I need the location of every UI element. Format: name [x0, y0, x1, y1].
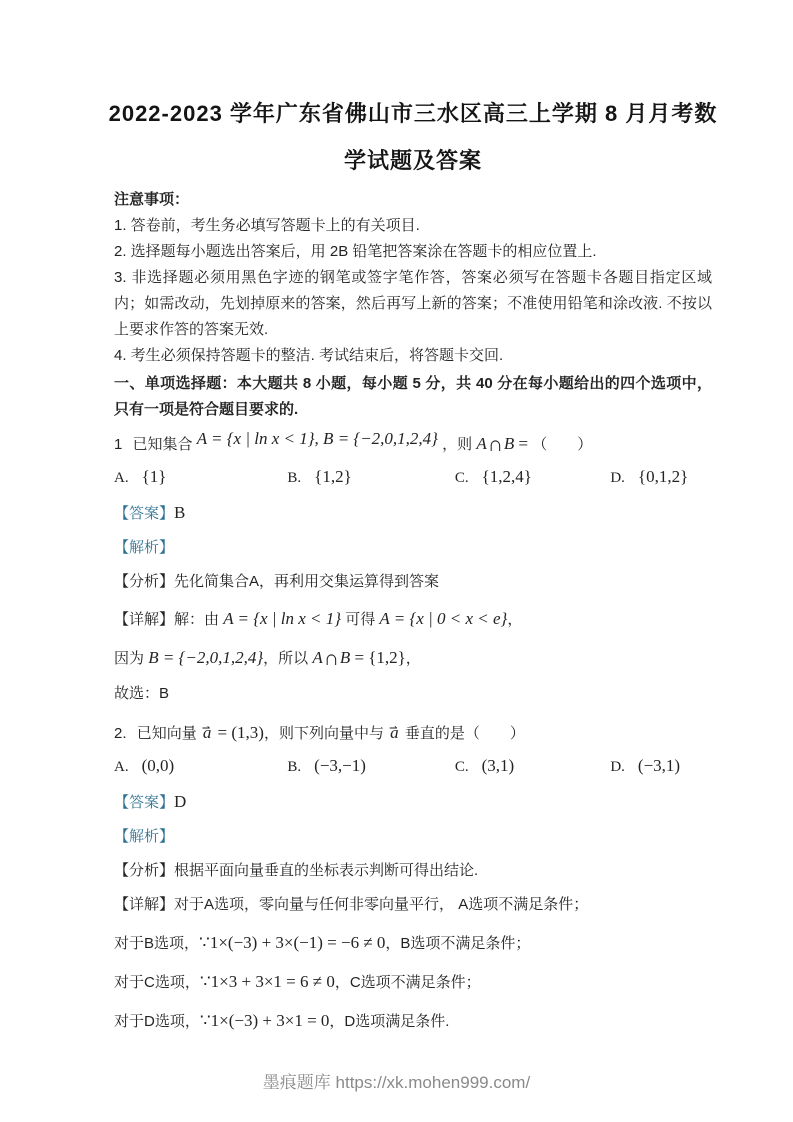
q1-option-c: C.{1,2,4}	[455, 464, 610, 491]
q2-mid-text: ，则下列向量中与	[264, 725, 384, 742]
q1-mid-text: ，则	[442, 436, 472, 453]
fenxi-tag: 【分析】	[114, 573, 174, 590]
option-label: D.	[610, 470, 625, 486]
q1-stem: 1 已知集合 A = {x | ln x < 1}, B = {−2,0,1,2…	[114, 429, 712, 460]
q2-answer-value: D	[174, 792, 186, 811]
vector-a: a	[388, 723, 401, 742]
q2-line-d-post: ，D选项满足条件.	[329, 1013, 449, 1030]
option-value: (0,0)	[142, 756, 175, 775]
q2-option-d: D.(−3,1)	[610, 753, 712, 780]
vector-a: a	[201, 723, 214, 742]
q1-option-d: D.{0,1,2}	[610, 464, 712, 491]
option-value: (−3,1)	[638, 756, 680, 775]
notice-item-3: 3. 非选择题必须用黑色字迹的钢笔或签字笔作答，答案必须写在答题卡各题目指定区域…	[114, 265, 712, 343]
q2-detail-line-a: 【详解】对于A选项，零向量与任何非零向量平行， A选项不满足条件；	[114, 895, 712, 915]
option-label: C.	[455, 470, 469, 486]
q1-d1-pre: 解：由	[174, 611, 219, 628]
q1-number: 1	[114, 436, 122, 453]
q1-fenxi-line: 【分析】先化简集合A，再利用交集运算得到答案	[114, 572, 712, 592]
notice-item-4: 4. 考生必须保持答题卡的整洁. 考试结束后，将答题卡交回.	[114, 343, 712, 369]
q1-d2-end: ，	[406, 650, 421, 667]
q1-answer-value: B	[174, 503, 185, 522]
answer-tag: 【答案】	[114, 505, 174, 522]
q2-stem: 2. 已知向量 a = (1,3)，则下列向量中与 a 垂直的是（ ）	[114, 718, 712, 749]
option-label: B.	[287, 759, 301, 775]
q2-detail-line-d: 对于D选项，∵1×(−3) + 3×1 = 0，D选项满足条件.	[114, 1008, 712, 1035]
q1-d2-formula: B = {−2,0,1,2,4}	[148, 648, 263, 667]
q1-d1-end: ，	[507, 611, 522, 628]
jiexi-tag: 【解析】	[114, 539, 174, 556]
option-value: {1}	[142, 467, 167, 486]
option-label: A.	[114, 759, 129, 775]
option-value: {1,2}	[314, 467, 352, 486]
q1-d2-var-a: A	[312, 648, 322, 667]
q2-line-c-post: ，C选项不满足条件；	[335, 974, 481, 991]
detail-tag: 【详解】	[114, 611, 174, 628]
q1-equals: =	[518, 434, 528, 453]
q1-options-row: A.{1} B.{1,2} C.{1,2,4} D.{0,1,2}	[114, 464, 712, 491]
option-value: {1,2,4}	[482, 467, 532, 486]
jiexi-tag: 【解析】	[114, 828, 174, 845]
intersection-symbol: ∩	[487, 432, 504, 456]
option-label: A.	[114, 470, 129, 486]
q2-line-b-post: ，B选项不满足条件；	[385, 935, 530, 952]
q2-lead-text: 已知向量	[137, 725, 197, 742]
q1-detail-line-1: 【详解】解：由 A = {x | ln x < 1} 可得 A = {x | 0…	[114, 606, 712, 633]
q1-option-a: A.{1}	[114, 464, 287, 491]
option-label: C.	[455, 759, 469, 775]
q2-jiexi-line: 【解析】	[114, 827, 712, 847]
option-label: D.	[610, 759, 625, 775]
q2-tail-text: 垂直的是（ ）	[405, 725, 525, 742]
q1-answer-blank: （ ）	[532, 436, 592, 453]
q2-fenxi-line: 【分析】根据平面向量垂直的坐标表示判断可得出结论.	[114, 861, 712, 881]
q2-fenxi-text: 根据平面向量垂直的坐标表示判断可得出结论.	[174, 862, 478, 879]
detail-tag: 【详解】	[114, 896, 174, 913]
q2-line-d-pre: 对于D选项，	[114, 1013, 200, 1030]
option-value: {0,1,2}	[638, 467, 688, 486]
section-heading: 一、单项选择题：本大题共 8 小题，每小题 5 分，共 40 分在每小题给出的四…	[114, 371, 712, 423]
q1-d1-formula-2: A = {x | 0 < x < e}	[379, 609, 507, 628]
q2-answer-line: 【答案】D	[114, 792, 712, 813]
fenxi-tag: 【分析】	[114, 862, 174, 879]
q1-fenxi-text: 先化简集合A，再利用交集运算得到答案	[174, 573, 439, 590]
q2-option-a: A.(0,0)	[114, 753, 287, 780]
q2-option-c: C.(3,1)	[455, 753, 610, 780]
title-line-2: 学试题及答案	[96, 137, 730, 184]
document-content: 2022-2023 学年广东省佛山市三水区高三上学期 8 月月考数 学试题及答案…	[0, 0, 793, 1035]
q1-conclusion: 故选：B	[114, 684, 712, 704]
q2-line-b-math: ∵1×(−3) + 3×(−1) = −6 ≠ 0	[199, 933, 385, 952]
q2-line-b-pre: 对于B选项，	[114, 935, 199, 952]
q1-d2-var-b: B	[340, 648, 350, 667]
q1-jiexi-line: 【解析】	[114, 538, 712, 558]
q1-var-a: A	[476, 434, 486, 453]
q2-line-d-math: ∵1×(−3) + 3×1 = 0	[200, 1011, 330, 1030]
q2-options-row: A.(0,0) B.(−3,−1) C.(3,1) D.(−3,1)	[114, 753, 712, 780]
q1-d1-mid: 可得	[345, 611, 375, 628]
q2-line-a-text: 对于A选项，零向量与任何非零向量平行， A选项不满足条件；	[174, 896, 588, 913]
q1-detail-line-2: 因为 B = {−2,0,1,2,4}，所以 A∩B = {1,2}，	[114, 645, 712, 672]
q1-set-formula: A = {x | ln x < 1}, B = {−2,0,1,2,4}	[197, 429, 438, 448]
q1-d2-equals: =	[354, 648, 364, 667]
q2-line-c-pre: 对于C选项，	[114, 974, 200, 991]
question-2: 2. 已知向量 a = (1,3)，则下列向量中与 a 垂直的是（ ） A.(0…	[114, 718, 712, 1035]
q2-line-c-math: ∵1×3 + 3×1 = 6 ≠ 0	[200, 972, 335, 991]
page-title: 2022-2023 学年广东省佛山市三水区高三上学期 8 月月考数 学试题及答案	[96, 90, 730, 184]
exam-document: 2022-2023 学年广东省佛山市三水区高三上学期 8 月月考数 学试题及答案…	[0, 0, 793, 1122]
q1-lead-text: 已知集合	[133, 436, 193, 453]
q1-d2-result-set: {1,2}	[368, 648, 406, 667]
q2-detail-line-b: 对于B选项，∵1×(−3) + 3×(−1) = −6 ≠ 0，B选项不满足条件…	[114, 930, 712, 957]
option-value: (−3,−1)	[314, 756, 366, 775]
q2-detail-line-c: 对于C选项，∵1×3 + 3×1 = 6 ≠ 0，C选项不满足条件；	[114, 969, 712, 996]
notice-heading: 注意事项：	[114, 187, 712, 213]
q2-number: 2.	[114, 725, 127, 742]
option-value: (3,1)	[482, 756, 515, 775]
option-label: B.	[287, 470, 301, 486]
q2-vector-value: = (1,3)	[218, 723, 264, 742]
q1-answer-line: 【答案】B	[114, 503, 712, 524]
answer-tag: 【答案】	[114, 794, 174, 811]
q1-d1-formula-1: A = {x | ln x < 1}	[223, 609, 341, 628]
footer-text: 墨痕题库 https://xk.mohen999.com/	[263, 1073, 530, 1092]
q2-option-b: B.(−3,−1)	[287, 753, 454, 780]
question-1: 1 已知集合 A = {x | ln x < 1}, B = {−2,0,1,2…	[114, 429, 712, 704]
notice-item-2: 2. 选择题每小题选出答案后，用 2B 铅笔把答案涂在答题卡的相应位置上.	[114, 239, 712, 265]
q1-option-b: B.{1,2}	[287, 464, 454, 491]
notice-item-1: 1. 答卷前，考生务必填写答题卡上的有关项目.	[114, 213, 712, 239]
title-line-1: 2022-2023 学年广东省佛山市三水区高三上学期 8 月月考数	[96, 90, 730, 137]
q1-var-b: B	[504, 434, 514, 453]
q1-d2-pre: 因为	[114, 650, 144, 667]
q1-d2-mid: ，所以	[263, 650, 308, 667]
intersection-symbol: ∩	[323, 646, 340, 670]
site-footer: 墨痕题库 https://xk.mohen999.com/	[0, 1068, 793, 1093]
